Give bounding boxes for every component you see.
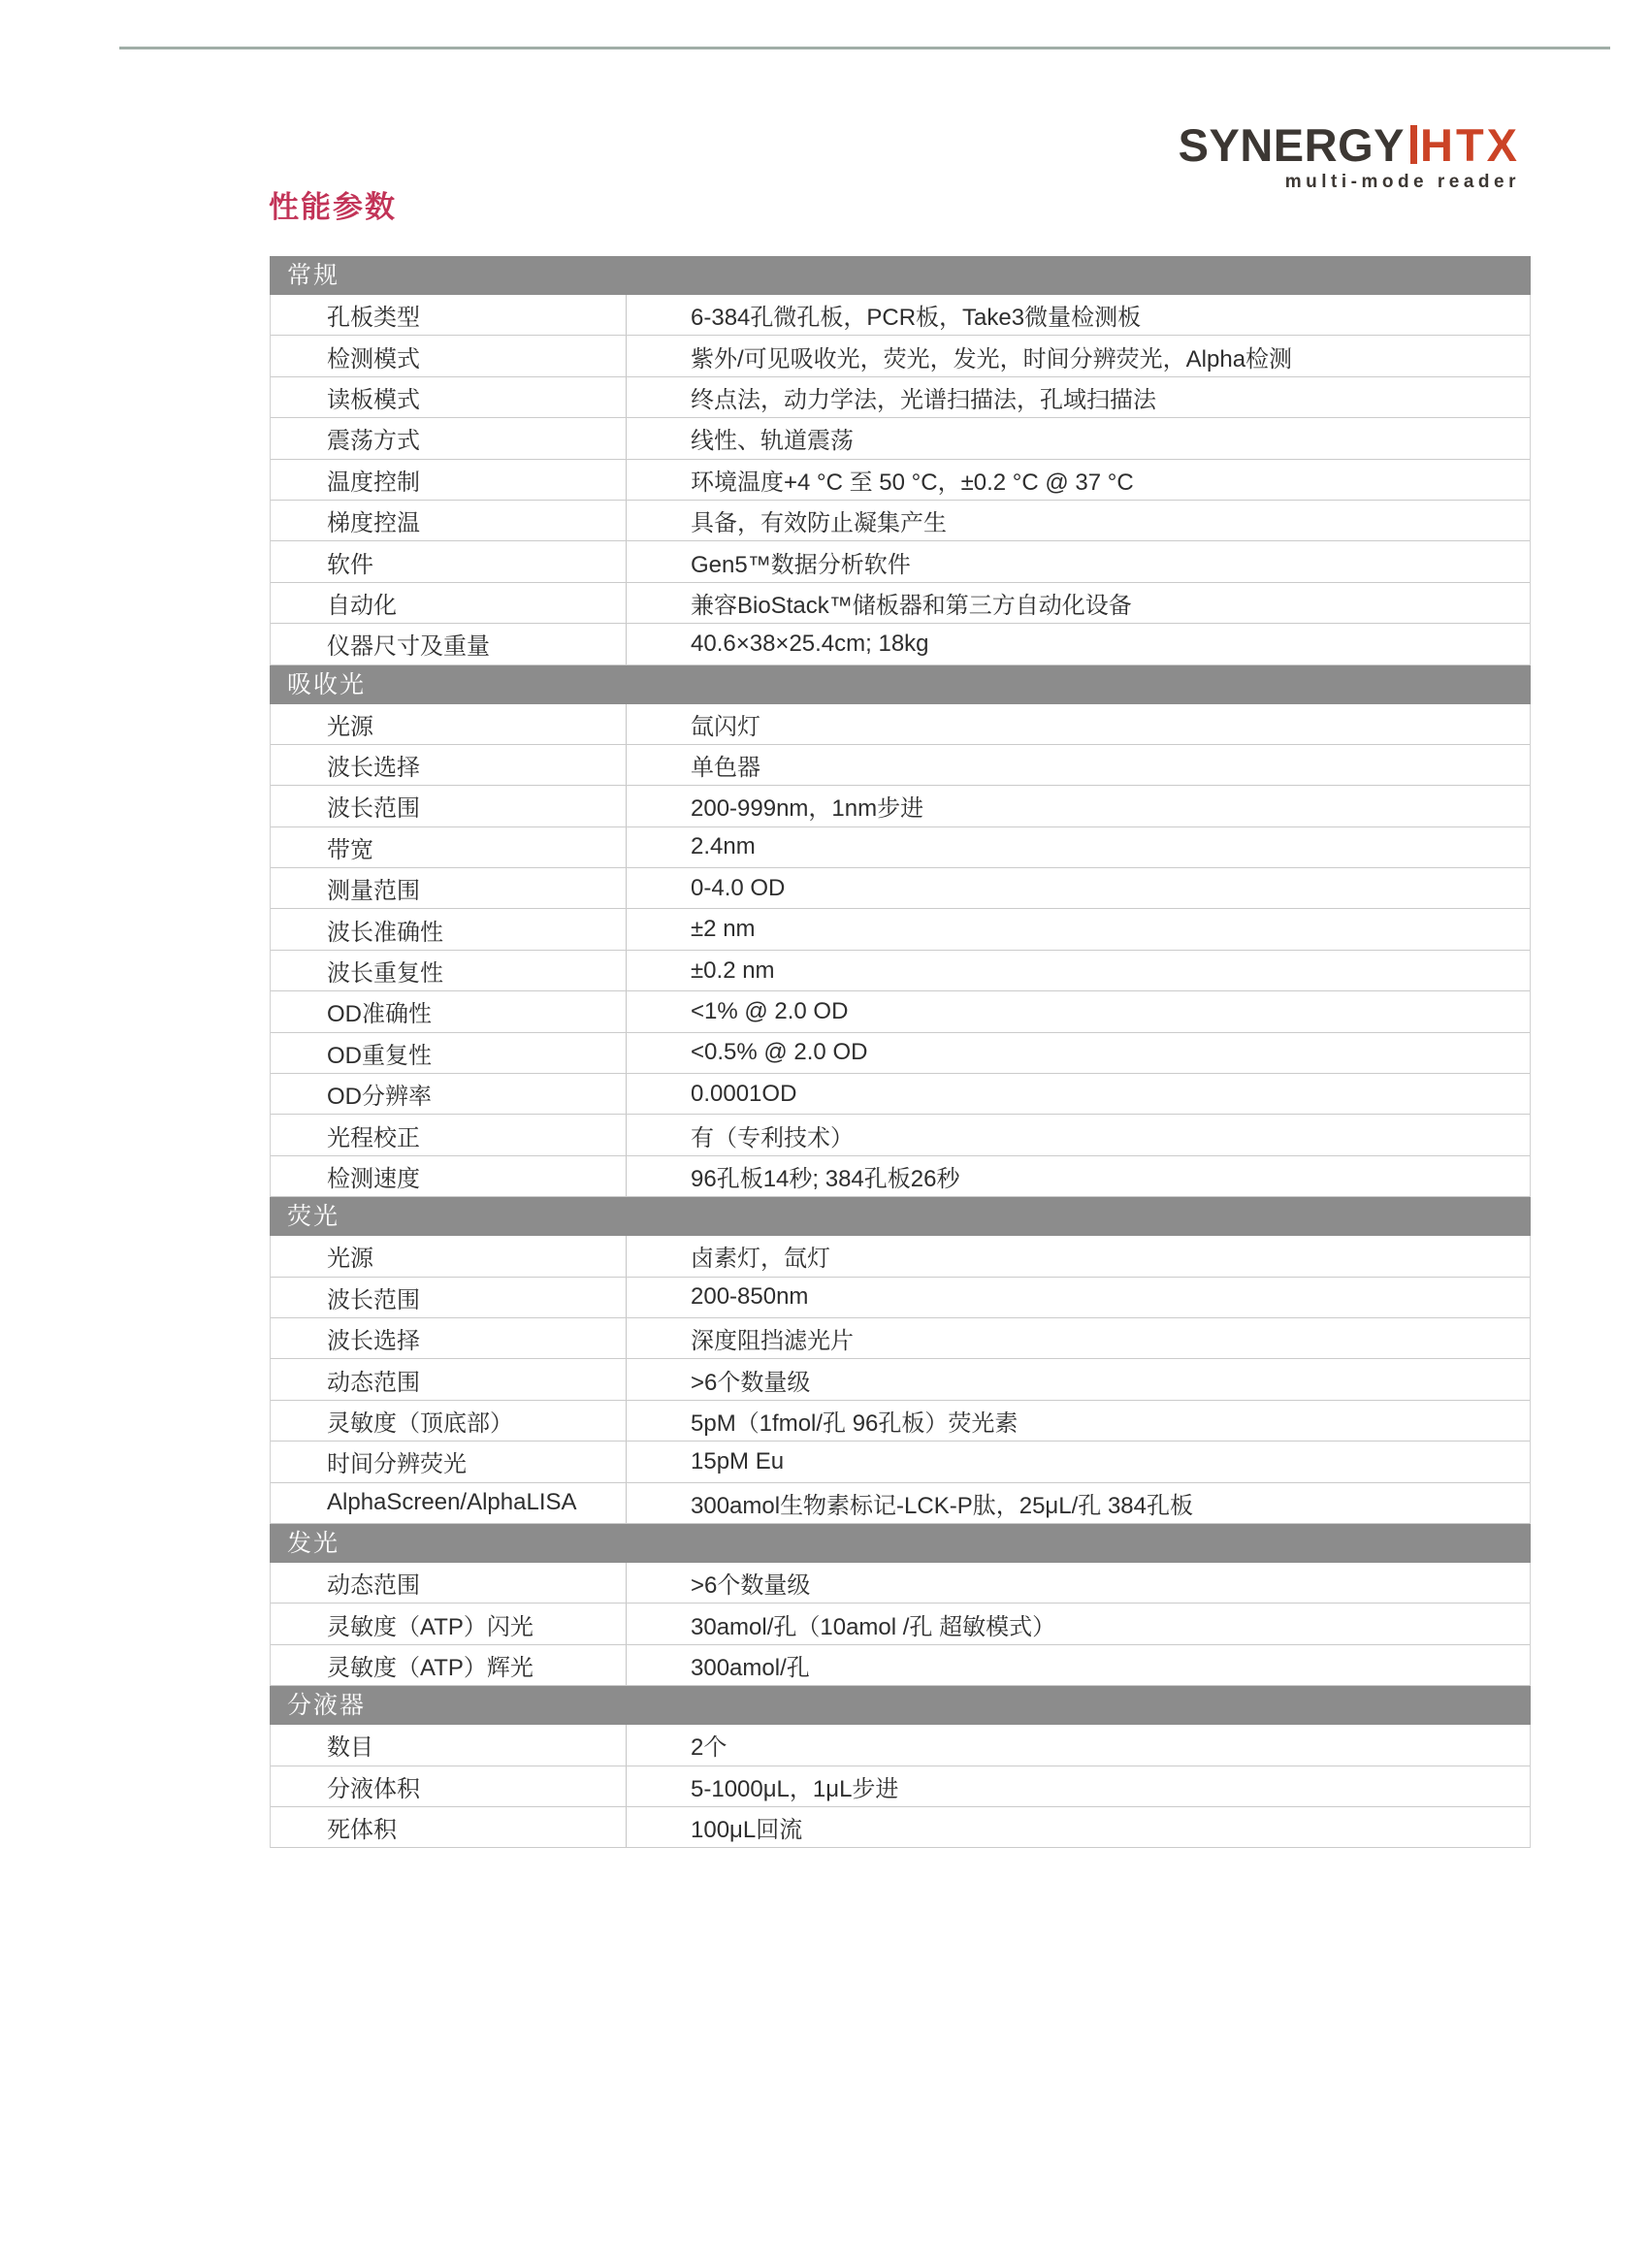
spec-label: 灵敏度（ATP）闪光 bbox=[271, 1604, 627, 1643]
spec-row: 波长重复性±0.2 nm bbox=[271, 951, 1530, 991]
spec-value: 96孔板14秒; 384孔板26秒 bbox=[627, 1156, 1530, 1196]
spec-value: 有（专利技术） bbox=[627, 1115, 1530, 1154]
brand-logo: SYNERGYHTX multi-mode reader bbox=[1179, 122, 1520, 193]
spec-label: OD分辨率 bbox=[271, 1074, 627, 1114]
spec-row: 死体积100μL回流 bbox=[271, 1807, 1530, 1848]
spec-label: OD重复性 bbox=[271, 1033, 627, 1073]
spec-value: 2.4nm bbox=[627, 827, 1530, 867]
spec-label: 分液体积 bbox=[271, 1766, 627, 1806]
spec-row: AlphaScreen/AlphaLISA300amol生物素标记-LCK-P肽… bbox=[271, 1483, 1530, 1524]
page-top-edge-line bbox=[119, 47, 1610, 49]
spec-label: 检测模式 bbox=[271, 336, 627, 375]
spec-value: 具备，有效防止凝集产生 bbox=[627, 501, 1530, 540]
spec-value: 2个 bbox=[627, 1725, 1530, 1765]
spec-label: 光源 bbox=[271, 704, 627, 744]
section-header: 荧光 bbox=[270, 1197, 1531, 1236]
spec-label: 动态范围 bbox=[271, 1563, 627, 1603]
spec-value: 40.6×38×25.4cm; 18kg bbox=[627, 624, 1530, 664]
spec-row: 波长范围200-850nm bbox=[271, 1278, 1530, 1318]
spec-row: OD分辨率0.0001OD bbox=[271, 1074, 1530, 1115]
spec-label: 波长范围 bbox=[271, 786, 627, 826]
spec-value: 15pM Eu bbox=[627, 1442, 1530, 1481]
spec-label: 动态范围 bbox=[271, 1359, 627, 1399]
spec-value: 0.0001OD bbox=[627, 1074, 1530, 1114]
spec-value: 卤素灯，氙灯 bbox=[627, 1236, 1530, 1276]
spec-row: 检测模式紫外/可见吸收光，荧光，发光，时间分辨荧光，Alpha检测 bbox=[271, 336, 1530, 376]
spec-value: <1% @ 2.0 OD bbox=[627, 991, 1530, 1031]
spec-row: 检测速度96孔板14秒; 384孔板26秒 bbox=[271, 1156, 1530, 1197]
spec-value: 环境温度+4 °C 至 50 °C，±0.2 °C @ 37 °C bbox=[627, 460, 1530, 500]
spec-value: 线性、轨道震荡 bbox=[627, 418, 1530, 458]
spec-value: 单色器 bbox=[627, 745, 1530, 785]
section-header: 发光 bbox=[270, 1524, 1531, 1563]
spec-label: 灵敏度（顶底部） bbox=[271, 1401, 627, 1441]
spec-value: <0.5% @ 2.0 OD bbox=[627, 1033, 1530, 1073]
spec-value: 深度阻挡滤光片 bbox=[627, 1318, 1530, 1358]
brand-model: HTX bbox=[1420, 119, 1520, 171]
spec-row: 灵敏度（ATP）闪光30amol/孔（10amol /孔 超敏模式） bbox=[271, 1604, 1530, 1644]
spec-row: 孔板类型6-384孔微孔板，PCR板，Take3微量检测板 bbox=[271, 295, 1530, 336]
spec-value: ±0.2 nm bbox=[627, 951, 1530, 990]
spec-label: 时间分辨荧光 bbox=[271, 1442, 627, 1481]
section-header: 常规 bbox=[270, 256, 1531, 295]
spec-label: 测量范围 bbox=[271, 868, 627, 908]
spec-value: 6-384孔微孔板，PCR板，Take3微量检测板 bbox=[627, 295, 1530, 335]
spec-value: 氙闪灯 bbox=[627, 704, 1530, 744]
spec-label: 梯度控温 bbox=[271, 501, 627, 540]
spec-value: 兼容BioStack™储板器和第三方自动化设备 bbox=[627, 583, 1530, 623]
spec-value: 300amol/孔 bbox=[627, 1645, 1530, 1685]
spec-value: >6个数量级 bbox=[627, 1563, 1530, 1603]
brand-logo-line: SYNERGYHTX bbox=[1179, 122, 1520, 168]
spec-row: 动态范围>6个数量级 bbox=[271, 1563, 1530, 1604]
section-header: 分液器 bbox=[270, 1686, 1531, 1725]
spec-row: 分液体积5-1000μL，1μL步进 bbox=[271, 1766, 1530, 1807]
spec-value: 0-4.0 OD bbox=[627, 868, 1530, 908]
spec-value: Gen5™数据分析软件 bbox=[627, 541, 1530, 581]
spec-row: 测量范围0-4.0 OD bbox=[271, 868, 1530, 909]
spec-label: 波长选择 bbox=[271, 745, 627, 785]
spec-label: 波长重复性 bbox=[271, 951, 627, 990]
spec-label: OD准确性 bbox=[271, 991, 627, 1031]
spec-row: 自动化兼容BioStack™储板器和第三方自动化设备 bbox=[271, 583, 1530, 624]
spec-label: 读板模式 bbox=[271, 377, 627, 417]
spec-label: 孔板类型 bbox=[271, 295, 627, 335]
spec-label: 光程校正 bbox=[271, 1115, 627, 1154]
spec-row: OD重复性<0.5% @ 2.0 OD bbox=[271, 1033, 1530, 1074]
spec-value: 200-850nm bbox=[627, 1278, 1530, 1317]
spec-label: 波长选择 bbox=[271, 1318, 627, 1358]
logo-divider-bar bbox=[1410, 125, 1417, 164]
spec-row: 读板模式终点法，动力学法，光谱扫描法，孔域扫描法 bbox=[271, 377, 1530, 418]
spec-value: ±2 nm bbox=[627, 909, 1530, 949]
spec-label: 检测速度 bbox=[271, 1156, 627, 1196]
spec-row: 动态范围>6个数量级 bbox=[271, 1359, 1530, 1400]
spec-label: 死体积 bbox=[271, 1807, 627, 1847]
spec-label: 温度控制 bbox=[271, 460, 627, 500]
spec-row: 波长准确性±2 nm bbox=[271, 909, 1530, 950]
spec-row: 仪器尺寸及重量40.6×38×25.4cm; 18kg bbox=[271, 624, 1530, 664]
spec-row: 温度控制环境温度+4 °C 至 50 °C，±0.2 °C @ 37 °C bbox=[271, 460, 1530, 501]
spec-row: 时间分辨荧光15pM Eu bbox=[271, 1442, 1530, 1482]
spec-row: 波长选择单色器 bbox=[271, 745, 1530, 786]
spec-row: 光源卤素灯，氙灯 bbox=[271, 1236, 1530, 1277]
page-title: 性能参数 bbox=[269, 182, 397, 226]
spec-row: 灵敏度（ATP）辉光300amol/孔 bbox=[271, 1645, 1530, 1686]
spec-row: 软件Gen5™数据分析软件 bbox=[271, 541, 1530, 582]
spec-row: 光源氙闪灯 bbox=[271, 704, 1530, 745]
spec-row: 带宽2.4nm bbox=[271, 827, 1530, 868]
spec-value: 紫外/可见吸收光，荧光，发光，时间分辨荧光，Alpha检测 bbox=[627, 336, 1530, 375]
spec-row: 波长选择深度阻挡滤光片 bbox=[271, 1318, 1530, 1359]
spec-table: 常规孔板类型6-384孔微孔板，PCR板，Take3微量检测板检测模式紫外/可见… bbox=[270, 256, 1531, 1848]
spec-row: 震荡方式线性、轨道震荡 bbox=[271, 418, 1530, 459]
spec-value: 30amol/孔（10amol /孔 超敏模式） bbox=[627, 1604, 1530, 1643]
spec-value: 5-1000μL，1μL步进 bbox=[627, 1766, 1530, 1806]
spec-row: 梯度控温具备，有效防止凝集产生 bbox=[271, 501, 1530, 541]
spec-row: 数目2个 bbox=[271, 1725, 1530, 1766]
section-header: 吸收光 bbox=[270, 665, 1531, 704]
spec-label: 仪器尺寸及重量 bbox=[271, 624, 627, 664]
spec-value: >6个数量级 bbox=[627, 1359, 1530, 1399]
spec-row: 灵敏度（顶底部）5pM（1fmol/孔 96孔板）荧光素 bbox=[271, 1401, 1530, 1442]
spec-value: 200-999nm，1nm步进 bbox=[627, 786, 1530, 826]
spec-value: 100μL回流 bbox=[627, 1807, 1530, 1847]
spec-value: 300amol生物素标记-LCK-P肽，25μL/孔 384孔板 bbox=[627, 1483, 1530, 1523]
spec-label: 带宽 bbox=[271, 827, 627, 867]
spec-row: OD准确性<1% @ 2.0 OD bbox=[271, 991, 1530, 1032]
spec-label: AlphaScreen/AlphaLISA bbox=[271, 1483, 627, 1523]
brand-name: SYNERGY bbox=[1179, 119, 1405, 171]
spec-label: 自动化 bbox=[271, 583, 627, 623]
spec-value: 5pM（1fmol/孔 96孔板）荧光素 bbox=[627, 1401, 1530, 1441]
brand-tagline: multi-mode reader bbox=[1179, 172, 1520, 193]
spec-value: 终点法，动力学法，光谱扫描法，孔域扫描法 bbox=[627, 377, 1530, 417]
spec-label: 波长范围 bbox=[271, 1278, 627, 1317]
spec-label: 灵敏度（ATP）辉光 bbox=[271, 1645, 627, 1685]
spec-label: 数目 bbox=[271, 1725, 627, 1765]
spec-label: 软件 bbox=[271, 541, 627, 581]
spec-label: 波长准确性 bbox=[271, 909, 627, 949]
spec-label: 震荡方式 bbox=[271, 418, 627, 458]
spec-row: 波长范围200-999nm，1nm步进 bbox=[271, 786, 1530, 826]
spec-label: 光源 bbox=[271, 1236, 627, 1276]
spec-row: 光程校正有（专利技术） bbox=[271, 1115, 1530, 1155]
